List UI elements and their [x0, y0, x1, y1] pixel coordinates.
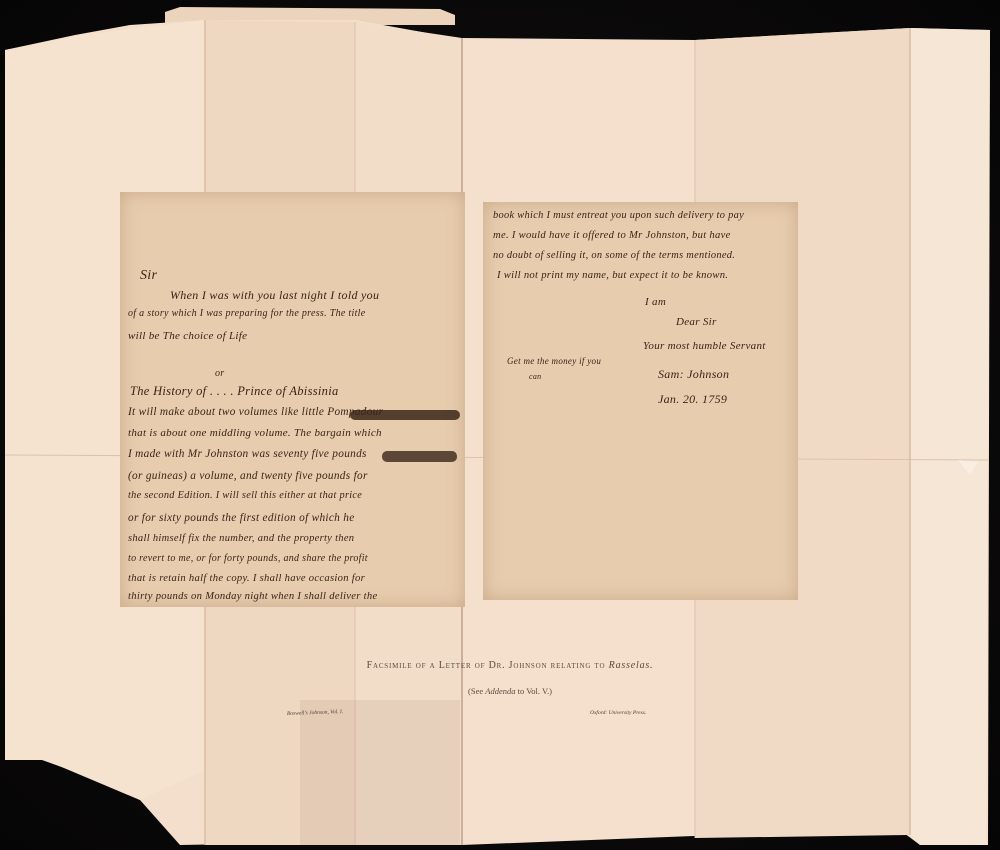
- plate-caption: Facsimile of a Letter of Dr. Johnson rel…: [300, 660, 720, 671]
- caption-work-title: Rasselas.: [609, 660, 654, 671]
- letter-line: the second Edition. I will sell this eit…: [128, 490, 362, 501]
- closing-dear-sir: Dear Sir: [676, 316, 717, 328]
- plate-subcaption: (See Addenda to Vol. V.): [300, 686, 720, 696]
- subcaption-prefix: (See: [468, 686, 485, 696]
- ink-blot-strikeout: [350, 410, 460, 420]
- letter-line: or: [215, 368, 225, 379]
- letter-line: or for sixty pounds the first edition of…: [128, 512, 355, 524]
- letter-line: that is about one middling volume. The b…: [128, 427, 382, 439]
- date: Jan. 20. 1759: [658, 392, 727, 407]
- closing-i-am: I am: [645, 296, 666, 308]
- letter-line: me. I would have it offered to Mr Johnst…: [493, 230, 731, 241]
- letter-line: will be The choice of Life: [128, 330, 247, 342]
- letter-line: thirty pounds on Monday night when I sha…: [128, 591, 378, 602]
- footer-right: Oxford: University Press.: [590, 710, 646, 716]
- ink-blot-strikeout: [382, 451, 457, 462]
- letter-line: (or guineas) a volume, and twenty five p…: [128, 470, 368, 482]
- caption-title-text: Facsimile of a Letter of Dr. Johnson rel…: [367, 660, 609, 671]
- postscript-line: Get me the money if you: [507, 356, 601, 366]
- facsimile-letter-page-2: book which I must entreat you upon such …: [483, 202, 798, 600]
- subcaption-italic: Addenda: [485, 686, 515, 696]
- letter-line: I will not print my name, but expect it …: [497, 270, 728, 281]
- letter-line: that is retain half the copy. I shall ha…: [128, 573, 365, 584]
- letter-line: The History of . . . . Prince of Abissin…: [130, 384, 339, 399]
- letter-line: of a story which I was preparing for the…: [128, 308, 365, 319]
- signature: Sam: Johnson: [658, 367, 729, 382]
- letter-line: to revert to me, or for forty pounds, an…: [128, 553, 368, 564]
- facsimile-letter-page-1: Sir When I was with you last night I tol…: [120, 192, 465, 607]
- letter-line: book which I must entreat you upon such …: [493, 210, 744, 221]
- letter-line: When I was with you last night I told yo…: [170, 288, 379, 303]
- salutation: Sir: [140, 268, 157, 284]
- closing-servant: Your most humble Servant: [643, 340, 766, 352]
- letter-line: I made with Mr Johnston was seventy five…: [128, 448, 367, 460]
- letter-line: no doubt of selling it, on some of the t…: [493, 250, 735, 261]
- postscript-line: can: [529, 372, 541, 381]
- subcaption-suffix: to Vol. V.): [515, 686, 551, 696]
- letter-line: shall himself fix the number, and the pr…: [128, 533, 354, 544]
- letter-line: It will make about two volumes like litt…: [128, 406, 383, 418]
